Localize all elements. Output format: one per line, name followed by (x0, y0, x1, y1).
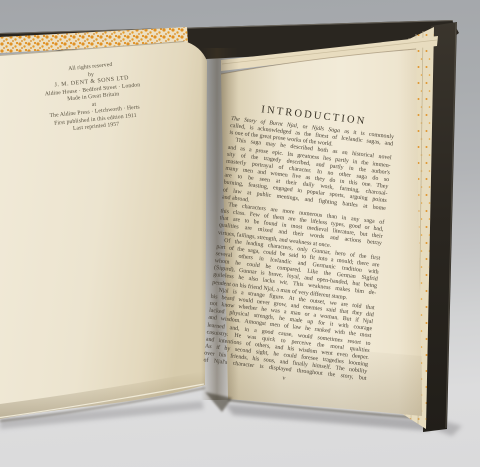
left-page-text: All rights reservedbyJ. M. DENT & SONS L… (24, 58, 162, 138)
body-lines: The Story of Burnt Njal, or Njáls Saga a… (203, 116, 394, 383)
open-book-photo: All rights reservedbyJ. M. DENT & SONS L… (0, 0, 480, 467)
right-page-text: INTRODUCTION The Story of Burnt Njal, or… (202, 101, 396, 392)
